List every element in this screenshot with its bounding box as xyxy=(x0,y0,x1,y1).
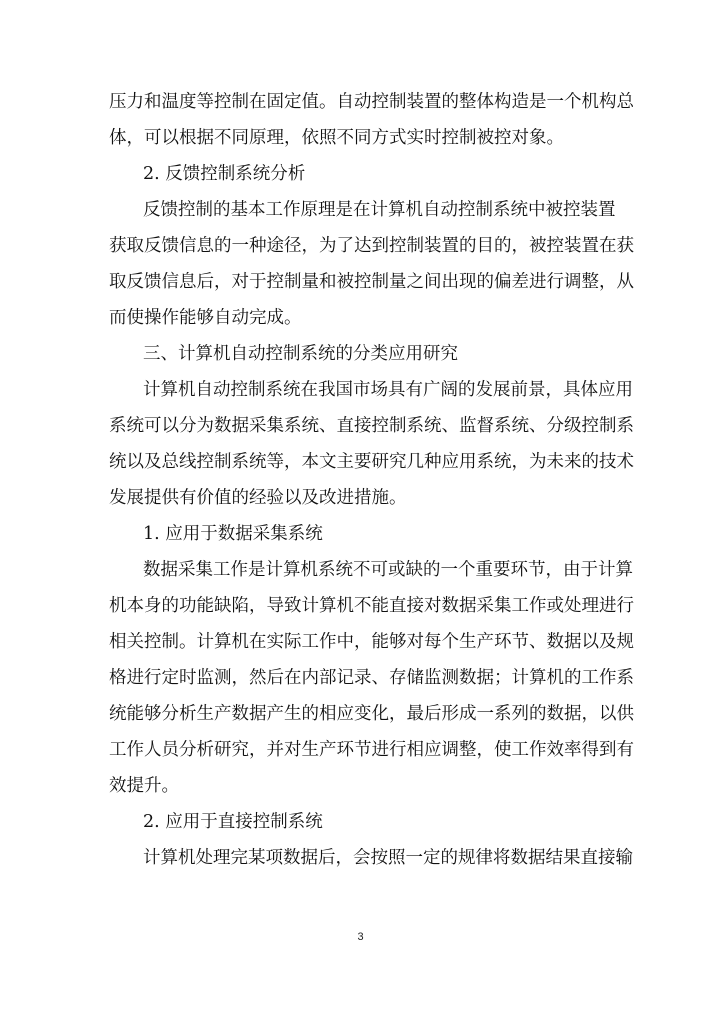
document-page: 压力和温度等控制在固定值。自动控制装置的整体构造是一个机构总 体，可以根据不同原… xyxy=(0,0,721,1020)
text-line: 发展提供有价值的经验以及改进措施。 xyxy=(109,480,612,516)
text-line: 压力和温度等控制在固定值。自动控制装置的整体构造是一个机构总 xyxy=(109,84,612,120)
text-line: 系统可以分为数据采集系统、直接控制系统、监督系统、分级控制系 xyxy=(109,408,612,444)
text-line: 取反馈信息后，对于控制量和被控制量之间出现的偏差进行调整，从 xyxy=(109,264,612,300)
text-line: 计算机自动控制系统在我国市场具有广阔的发展前景，具体应用 xyxy=(109,372,612,408)
text-line: 相关控制。计算机在实际工作中，能够对每个生产环节、数据以及规 xyxy=(109,624,612,660)
text-line: 而使操作能够自动完成。 xyxy=(109,300,612,336)
text-line: 体，可以根据不同原理，依照不同方式实时控制被控对象。 xyxy=(109,120,612,156)
document-body: 压力和温度等控制在固定值。自动控制装置的整体构造是一个机构总 体，可以根据不同原… xyxy=(109,84,612,876)
section-heading-data-acquisition: 1. 应用于数据采集系统 xyxy=(109,516,612,552)
text-line: 工作人员分析研究，并对生产环节进行相应调整，使工作效率得到有 xyxy=(109,732,612,768)
text-line: 效提升。 xyxy=(109,768,612,804)
text-line: 反馈控制的基本工作原理是在计算机自动控制系统中被控装置 xyxy=(109,192,612,228)
text-line: 格进行定时监测，然后在内部记录、存储监测数据；计算机的工作系 xyxy=(109,660,612,696)
section-heading-feedback-control: 2. 反馈控制系统分析 xyxy=(109,156,612,192)
text-line: 计算机处理完某项数据后，会按照一定的规律将数据结果直接输 xyxy=(109,840,612,876)
section-heading-classification: 三、计算机自动控制系统的分类应用研究 xyxy=(109,336,612,372)
text-line: 机本身的功能缺陷，导致计算机不能直接对数据采集工作或处理进行 xyxy=(109,588,612,624)
section-heading-direct-control: 2. 应用于直接控制系统 xyxy=(109,804,612,840)
text-line: 数据采集工作是计算机系统不可或缺的一个重要环节，由于计算 xyxy=(109,552,612,588)
text-line: 统以及总线控制系统等，本文主要研究几种应用系统，为未来的技术 xyxy=(109,444,612,480)
text-line: 统能够分析生产数据产生的相应变化，最后形成一系列的数据，以供 xyxy=(109,696,612,732)
page-number: 3 xyxy=(0,931,721,943)
text-line: 获取反馈信息的一种途径，为了达到控制装置的目的，被控装置在获 xyxy=(109,228,612,264)
